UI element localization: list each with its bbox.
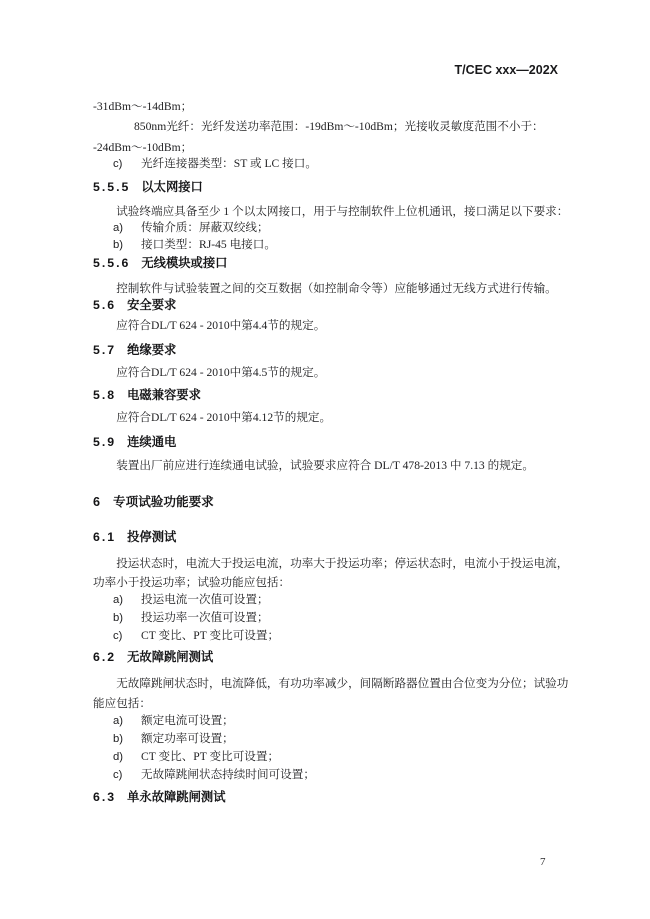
section-heading-6-3: 6.3单永故障跳闸测试: [93, 788, 226, 807]
list-text: 光纤连接器类型：ST 或 LC 接口。: [141, 157, 317, 170]
carryover-line-1: -31dBm～-14dBm；: [93, 97, 192, 117]
list-item: a)传输介质：屏蔽双绞线；: [113, 219, 269, 237]
page-number: 7: [540, 856, 546, 868]
section-heading-5-5-5: 5.5.5以太网接口: [93, 178, 203, 197]
list-item: b)投运功率一次值可设置；: [113, 609, 269, 627]
heading-title: 投停测试: [127, 530, 176, 544]
heading-title: 电磁兼容要求: [127, 388, 201, 402]
section-heading-5-5-6: 5.5.6无线模块或接口: [93, 254, 227, 273]
list-text: 接口类型：RJ-45 电接口。: [141, 238, 276, 251]
list-text: 额定电流可设置；: [141, 714, 234, 727]
paragraph-insulation: 应符合DL/T 624 - 2010中第4.5节的规定。: [93, 363, 325, 383]
heading-number: 6.2: [93, 650, 116, 664]
paragraph-no-fault-trip: 无故障跳闸状态时，电流降低，有功功率减少，间隔断路器位置由合位变为分位；试验功能…: [93, 674, 571, 714]
heading-title: 安全要求: [127, 298, 176, 312]
section-heading-5-8: 5.8电磁兼容要求: [93, 386, 201, 405]
list-marker: b): [113, 610, 141, 627]
heading-number: 6.1: [93, 530, 116, 544]
document-page: T/CEC xxx—202X -31dBm～-14dBm； 850nm光纤：光纤…: [0, 0, 650, 919]
paragraph-safety: 应符合DL/T 624 - 2010中第4.4节的规定。: [93, 316, 325, 336]
heading-title: 以太网接口: [141, 180, 203, 194]
list-marker: d): [113, 749, 141, 766]
list-item-fiber-connector: c)光纤连接器类型：ST 或 LC 接口。: [113, 155, 317, 173]
list-item: b)接口类型：RJ-45 电接口。: [113, 236, 276, 254]
heading-title: 专项试验功能要求: [113, 495, 214, 509]
heading-number: 5.7: [93, 343, 116, 357]
list-item: c)CT 变比、PT 变比可设置；: [113, 627, 279, 645]
section-heading-5-9: 5.9连续通电: [93, 433, 176, 452]
heading-title: 无线模块或接口: [141, 256, 227, 270]
paragraph-continuous-power: 装置出厂前应进行连续通电试验，试验要求应符合 DL/T 478-2013 中 7…: [93, 456, 534, 476]
heading-title: 无故障跳闸测试: [127, 650, 213, 664]
chapter-heading-6: 6专项试验功能要求: [93, 493, 214, 512]
list-item: d)CT 变比、PT 变比可设置；: [113, 748, 279, 766]
list-marker: a): [113, 713, 141, 730]
list-text: 无故障跳闸状态持续时间可设置；: [141, 768, 315, 781]
list-item: c)无故障跳闸状态持续时间可设置；: [113, 766, 315, 784]
section-heading-6-1: 6.1投停测试: [93, 528, 176, 547]
heading-title: 单永故障跳闸测试: [127, 790, 225, 804]
section-heading-5-6: 5.6安全要求: [93, 296, 176, 315]
paragraph-commissioning: 投运状态时，电流大于投运电流，功率大于投运功率；停运状态时，电流小于投运电流，功…: [93, 554, 571, 592]
list-item: a)额定电流可设置；: [113, 712, 234, 730]
list-marker: c): [113, 628, 141, 645]
heading-title: 绝缘要求: [127, 343, 176, 357]
heading-number: 5.8: [93, 388, 116, 402]
list-marker: b): [113, 731, 141, 748]
list-marker: c): [113, 156, 141, 173]
heading-title: 连续通电: [127, 435, 176, 449]
list-text: 投运电流一次值可设置；: [141, 593, 269, 606]
carryover-line-2: 850nm光纤：光纤发送功率范围：-19dBm～-10dBm；光接收灵敏度范围不…: [134, 117, 544, 137]
list-item: b)额定功率可设置；: [113, 730, 234, 748]
list-text: CT 变比、PT 变比可设置；: [141, 629, 279, 642]
list-item: a)投运电流一次值可设置；: [113, 591, 269, 609]
list-text: 投运功率一次值可设置；: [141, 611, 269, 624]
section-heading-6-2: 6.2无故障跳闸测试: [93, 648, 213, 667]
list-text: 传输介质：屏蔽双绞线；: [141, 221, 269, 234]
list-marker: b): [113, 237, 141, 254]
list-text: 额定功率可设置；: [141, 732, 234, 745]
list-marker: a): [113, 592, 141, 609]
heading-number: 5.5.6: [93, 256, 130, 270]
list-marker: a): [113, 220, 141, 237]
heading-number: 5.6: [93, 298, 116, 312]
heading-number: 5.9: [93, 435, 116, 449]
heading-number: 5.5.5: [93, 180, 130, 194]
list-marker: c): [113, 767, 141, 784]
header-doc-code: T/CEC xxx—202X: [454, 63, 558, 77]
paragraph-emc: 应符合DL/T 624 - 2010中第4.12节的规定。: [93, 408, 331, 428]
heading-number: 6: [93, 495, 102, 509]
heading-number: 6.3: [93, 790, 116, 804]
list-text: CT 变比、PT 变比可设置；: [141, 750, 279, 763]
section-heading-5-7: 5.7绝缘要求: [93, 341, 176, 360]
